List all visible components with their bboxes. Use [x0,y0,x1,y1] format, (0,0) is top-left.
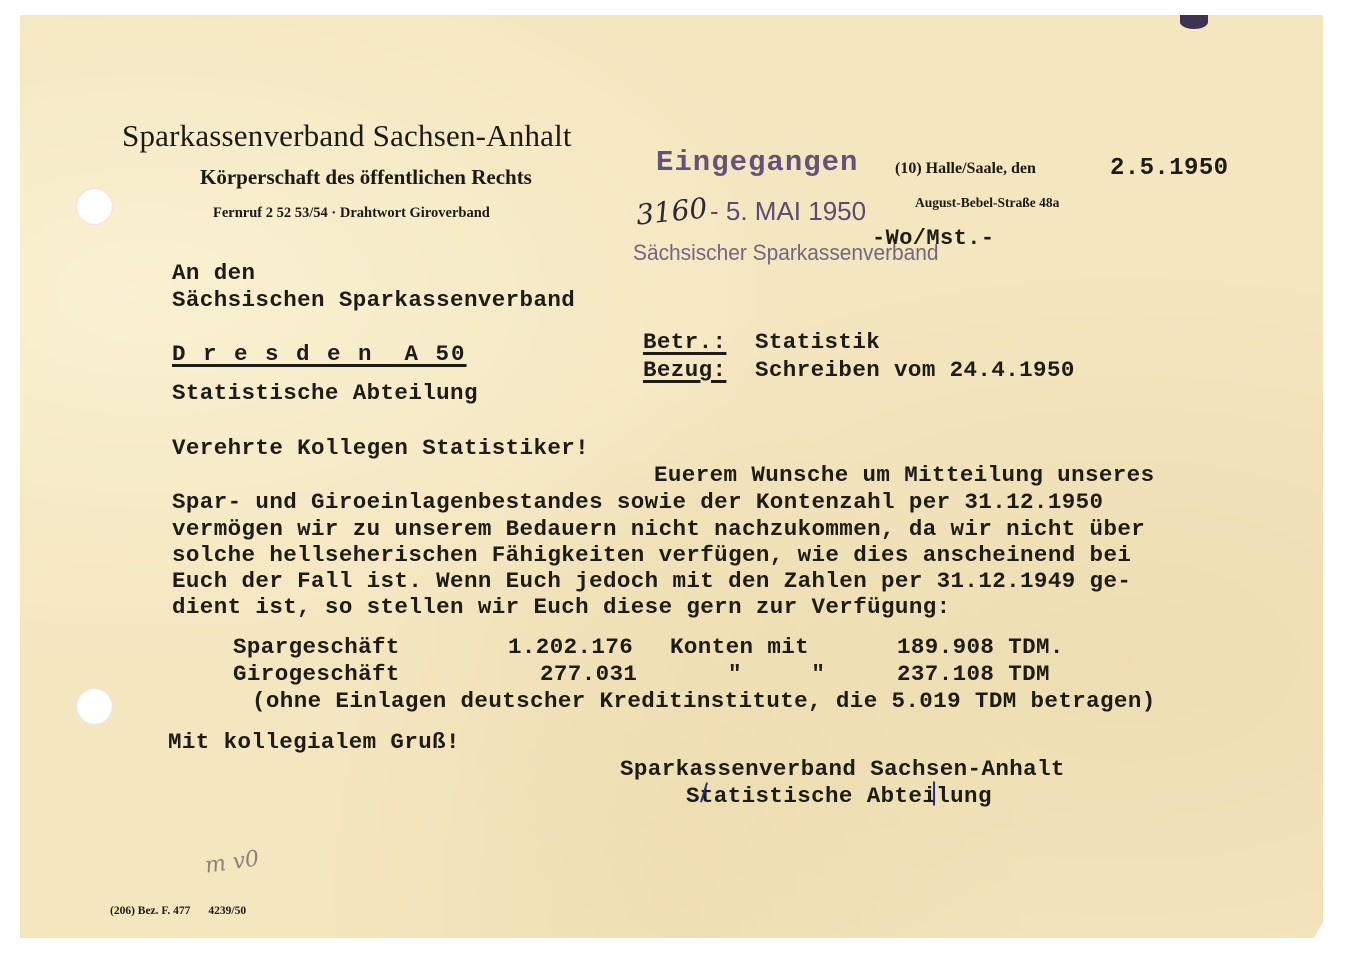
recipient-line1: An den [172,260,255,286]
signature-organization: Sparkassenverband Sachsen-Anhalt [620,756,1065,782]
body-line-3: vermögen wir zu unserem Bedauern nicht n… [172,516,1145,542]
ink-blot [1180,15,1208,29]
body-line-5: Euch der Fall ist. Wenn Euch jedoch mit … [172,568,1131,594]
recipient-line2: Sächsischen Sparkassenverband [172,287,575,313]
ink-correction-mark: / [700,778,708,806]
figures-business: Spargeschäft [233,634,400,660]
punch-hole-bottom [76,688,113,725]
body-line-4: solche hellseherischen Fähigkeiten verfü… [172,542,1131,568]
subject-bezug-value: Schreiben vom 24.4.1950 [755,357,1075,383]
footer-form: (206) Bez. F. 477 [110,905,190,917]
figures-accounts: 277.031 [540,661,637,687]
signature-department: Statistische Abteilung [686,783,992,809]
recipient-city: D r e s d e n A 50 [172,341,467,367]
salutation: Verehrte Kollegen Statistiker! [172,435,589,461]
received-stamp-organization: Sächsischer Sparkassenverband [633,240,939,266]
figures-accounts: 1.202.176 [508,634,633,660]
letterhead-address: August-Bebel-Straße 48a [915,195,1059,211]
figures-business: Girogeschäft [233,661,400,687]
received-stamp-label: Eingegangen [656,146,858,179]
subject-betr-value: Statistik [755,329,880,355]
footer-number: 4239/50 [208,905,246,917]
letterhead-city: (10) Halle/Saale, den [895,160,1036,178]
letterhead-contact: Fernruf 2 52 53/54 · Drahtwort Giroverba… [213,205,490,222]
letter-date: 2.5.1950 [1110,155,1228,182]
subject-betr-label: Betr.: [643,329,726,355]
footer-form-number: (206) Bez. F. 4774239/50 [110,905,246,917]
letterhead-legal-status: Körperschaft des öffentlichen Rechts [200,165,532,190]
body-line-6: dient ist, so stellen wir Euch diese ger… [172,594,951,620]
figures-connector: Konten mit [670,634,809,660]
ink-correction-mark: | [930,778,938,806]
recipient-department: Statistische Abteilung [172,380,478,406]
body-line-1: Euerem Wunsche um Mitteilung unseres [654,462,1154,488]
figures-connector: " " [728,661,825,687]
punch-hole-top [76,188,113,225]
subject-bezug-label: Bezug: [643,357,726,383]
body-line-2: Spar- und Giroeinlagenbestandes sowie de… [172,489,1103,515]
received-stamp-date: - 5. MAI 1950 [710,196,866,227]
figures-note: (ohne Einlagen deutscher Kreditinstitute… [252,688,1156,714]
figures-amount: 237.108 TDM [897,661,1050,687]
letterhead-organization: Sparkassenverband Sachsen-Anhalt [122,118,572,154]
figures-amount: 189.908 TDM. [897,634,1064,660]
closing-greeting: Mit kollegialem Gruß! [168,729,460,755]
